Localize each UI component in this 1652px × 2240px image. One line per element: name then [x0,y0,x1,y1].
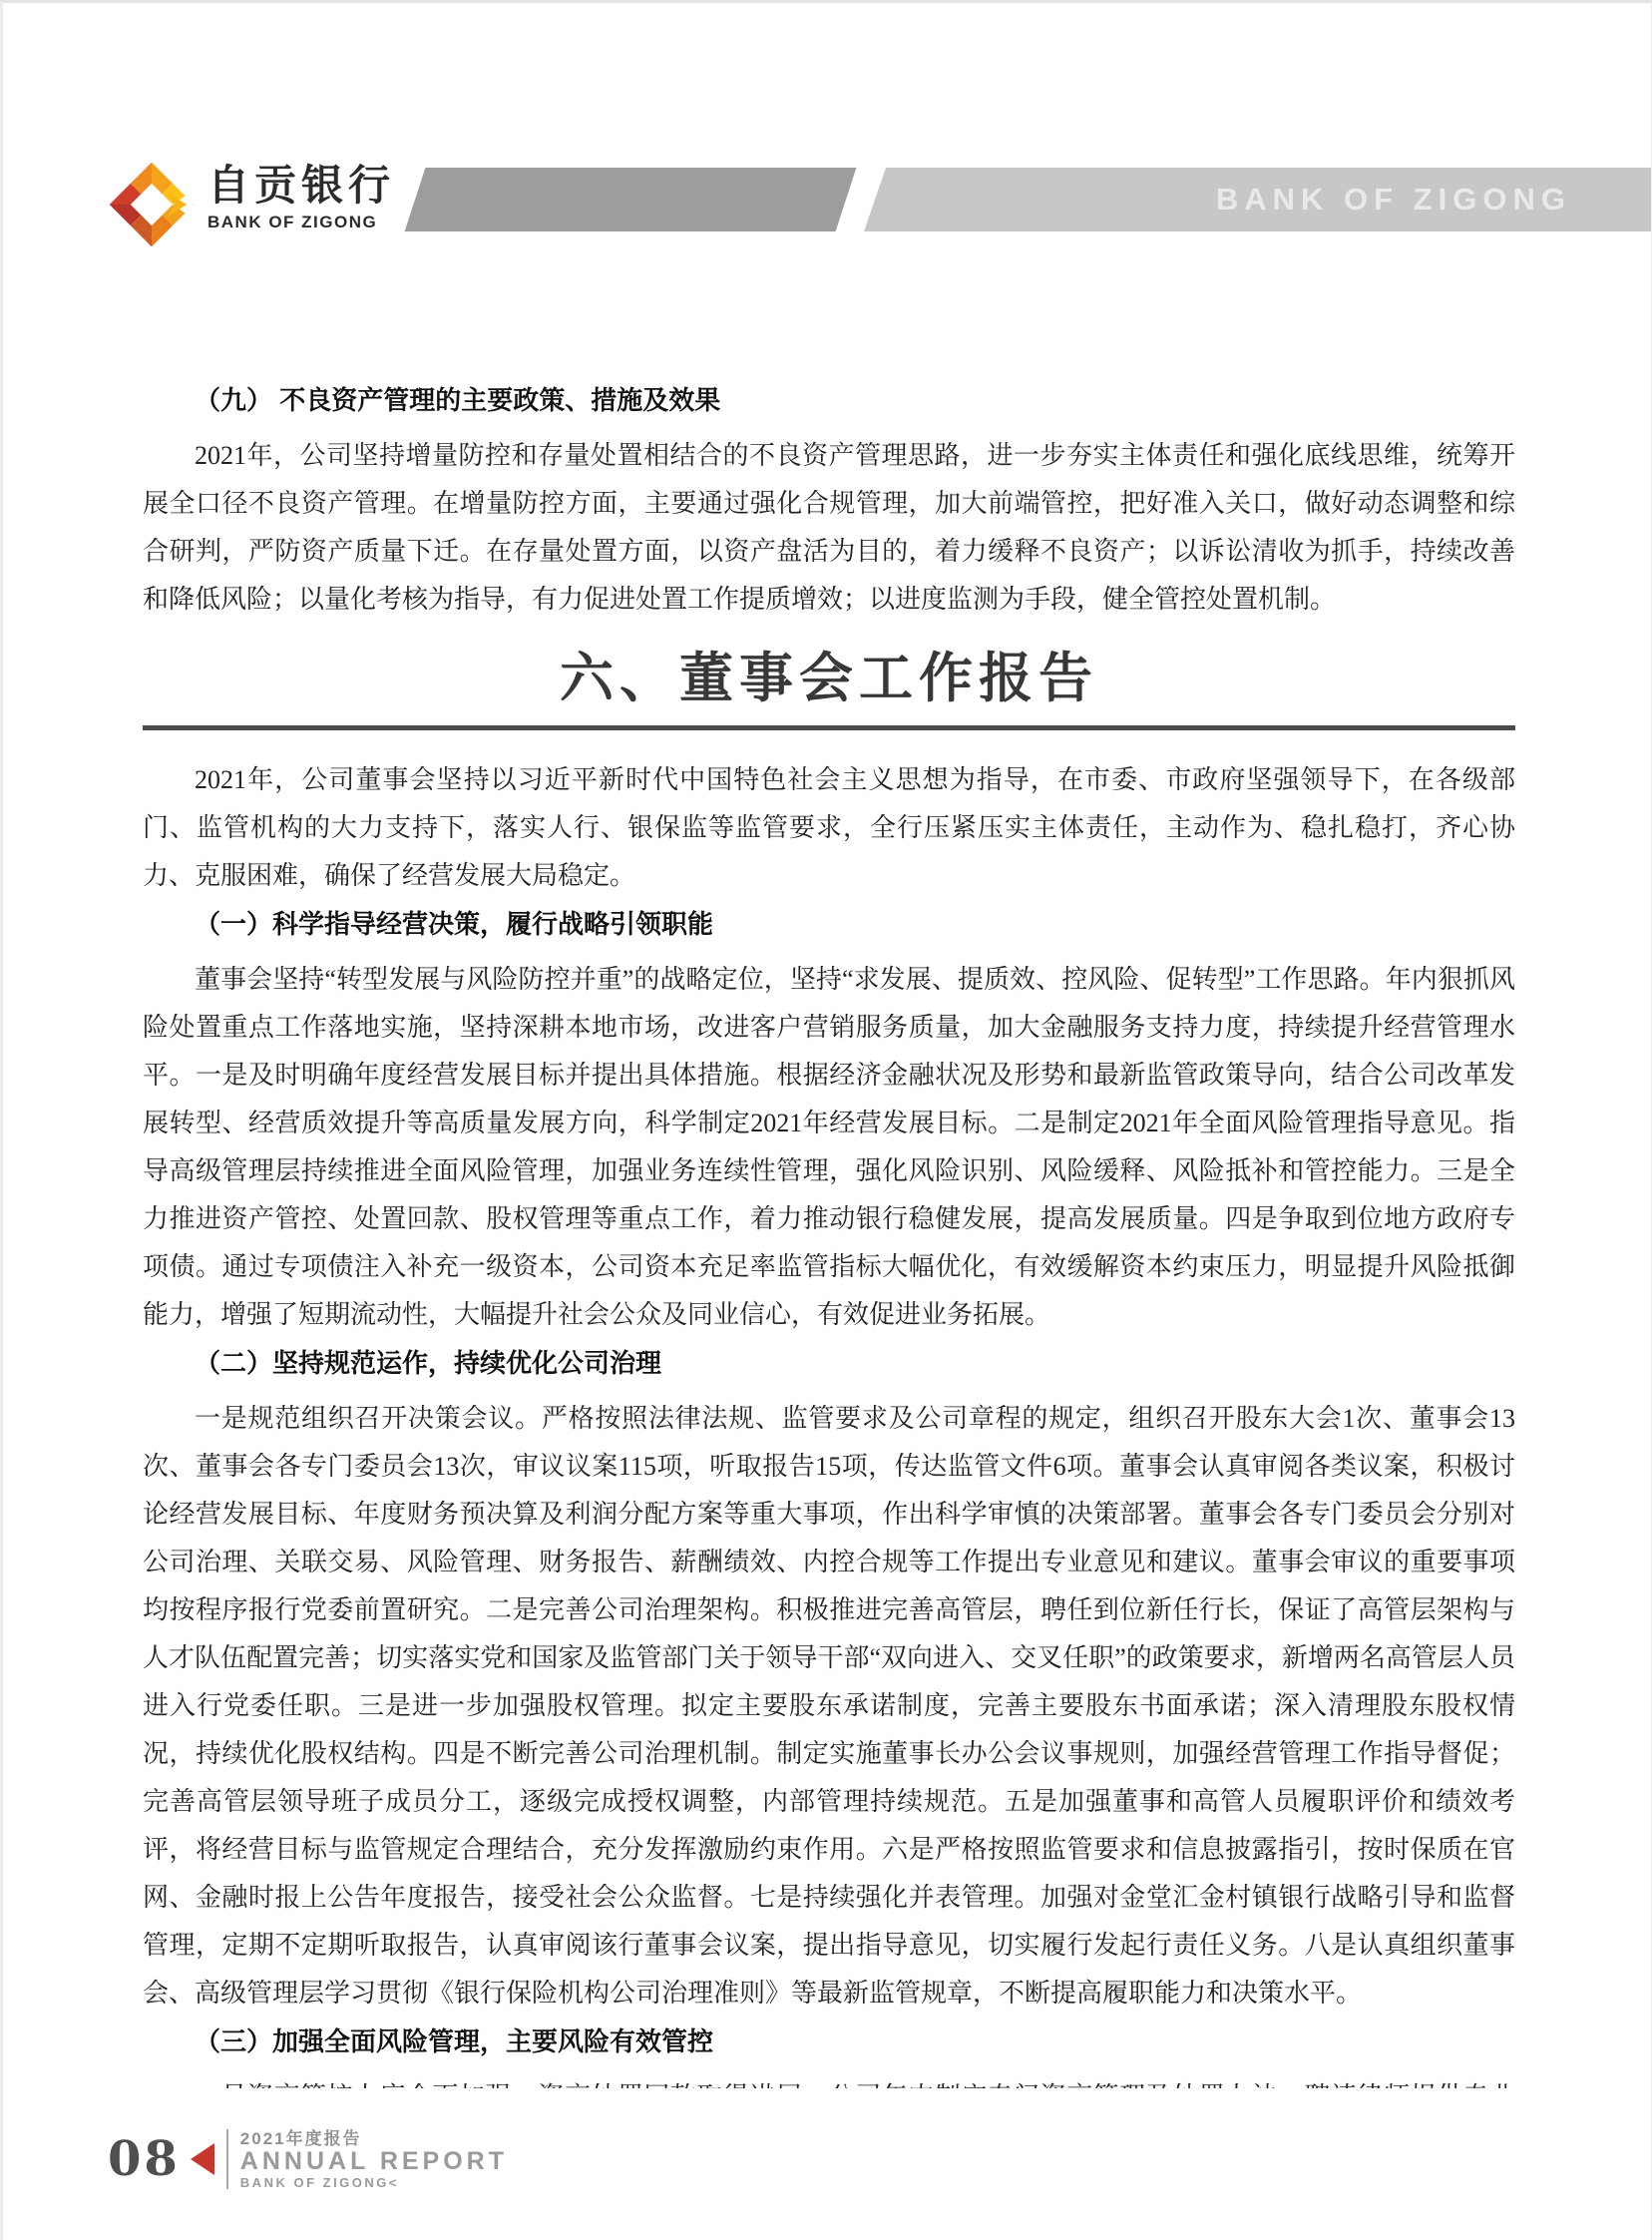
header-strip-dark [405,168,857,231]
subsection-3-paragraph: 一是资产管控力度全面加强，资产处置回款取得进展。公司年内制定专门资产管理及处置办… [143,2073,1515,2088]
section-9-heading: （九） 不良资产管理的主要政策、措施及效果 [143,376,1515,424]
footer-report-cn: 2021年度报告 [240,2129,508,2148]
subsection-1-paragraph: 董事会坚持“转型发展与风险防控并重”的战略定位，坚持“求发展、提质效、控风险、促… [143,956,1515,1339]
header-strip-light: BANK OF ZIGONG [864,168,1652,231]
page-footer: 08 2021年度报告 ANNUAL REPORT BANK OF ZIGONG… [108,2124,508,2194]
footer-divider [226,2129,228,2189]
header-banner-text: BANK OF ZIGONG [1216,182,1652,218]
bank-name-en: BANK OF ZIGONG [207,213,395,232]
footer-bank-en: BANK OF ZIGONG< [240,2175,508,2190]
subsection-2-heading: （二）坚持规范运作，持续优化公司治理 [143,1339,1515,1387]
footer-meta: 2021年度报告 ANNUAL REPORT BANK OF ZIGONG< [240,2129,508,2190]
document-body: （九） 不良资产管理的主要政策、措施及效果 2021年，公司坚持增量防控和存量处… [143,376,1515,2088]
footer-report-en: ANNUAL REPORT [240,2148,508,2175]
subsection-3-heading: （三）加强全面风险管理，主要风险有效管控 [143,2017,1515,2065]
bank-name-cn: 自贡银行 [207,163,395,209]
bank-logo-icon [108,161,196,248]
chapter-intro-paragraph: 2021年，公司董事会坚持以习近平新时代中国特色社会主义思想为指导，在市委、市政… [143,756,1515,900]
subsection-1-heading: （一）科学指导经营决策，履行战略引领职能 [143,900,1515,948]
page-header: 自贡银行 BANK OF ZIGONG BANK OF ZIGONG [108,161,1651,252]
subsection-2-paragraph: 一是规范组织召开决策会议。严格按照法律法规、监管要求及公司章程的规定，组织召开股… [143,1395,1515,2017]
section-9-paragraph: 2021年，公司坚持增量防控和存量处置相结合的不良资产管理思路，进一步夯实主体责… [143,432,1515,624]
footer-arrow-icon [191,2143,214,2175]
bank-logo-text: 自贡银行 BANK OF ZIGONG [207,163,395,232]
report-page: 自贡银行 BANK OF ZIGONG BANK OF ZIGONG （九） 不… [0,0,1652,2240]
page-number: 08 [108,2135,181,2183]
chapter-title-rule [143,725,1515,730]
chapter-title: 六、董事会工作报告 [143,640,1515,717]
